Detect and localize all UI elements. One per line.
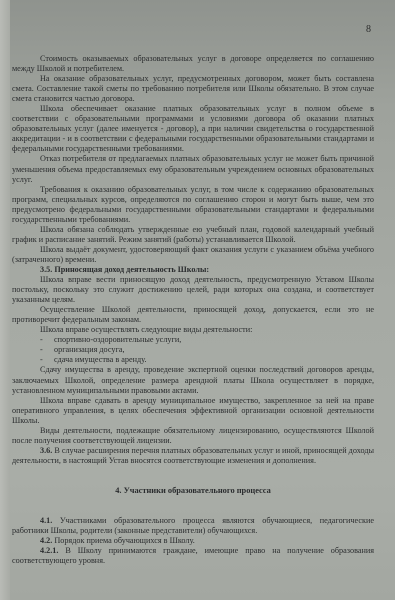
page-number: 8 bbox=[366, 24, 371, 35]
section-3-5-paragraph: Осуществление Школой деятельности, прино… bbox=[12, 305, 374, 325]
paragraph-requirements: Требования к оказанию образовательных ус… bbox=[12, 185, 374, 225]
section-3-5-paragraph: Школа вправе осуществлять следующие виды… bbox=[12, 325, 374, 335]
list-item: - сдача имущества в аренду. bbox=[12, 355, 374, 365]
list-dash: - bbox=[12, 355, 54, 365]
paragraph-cost: Стоимость оказываемых образовательных ус… bbox=[12, 54, 374, 74]
list-dash: - bbox=[12, 345, 54, 355]
document-content: Стоимость оказываемых образовательных ус… bbox=[12, 54, 374, 566]
section-3-5-paragraph: Школа вправе сдавать в аренду муниципаль… bbox=[12, 396, 374, 426]
section-item-number: 4.2.1. bbox=[40, 546, 58, 555]
section-item-number: 4.2. bbox=[40, 536, 52, 545]
section-item-number: 4.1. bbox=[40, 516, 52, 525]
paragraph-document-issue: Школа выдаёт документ, удостоверяющий фа… bbox=[12, 245, 374, 265]
section-4-2-1-paragraph: 4.2.1. В Школу принимаются граждане, име… bbox=[12, 546, 374, 566]
document-page: 8 Стоимость оказываемых образовательных … bbox=[12, 0, 374, 600]
section-3-6-number: 3.6. bbox=[40, 446, 52, 455]
list-item-text: спортивно-оздоровительные услуги, bbox=[54, 335, 374, 345]
section-4-1-paragraph: 4.1. Участниками образовательного процес… bbox=[12, 516, 374, 536]
section-item-text: Порядок приема обучающихся в Школу. bbox=[52, 536, 195, 545]
list-item: - спортивно-оздоровительные услуги, bbox=[12, 335, 374, 345]
paragraph-estimate: На оказание образовательных услуг, преду… bbox=[12, 74, 374, 104]
section-4-2-paragraph: 4.2. Порядок приема обучающихся в Школу. bbox=[12, 536, 374, 546]
list-dash: - bbox=[12, 335, 54, 345]
paragraph-curriculum: Школа обязана соблюдать утвержденные ею … bbox=[12, 225, 374, 245]
page-edge-shadow bbox=[0, 0, 10, 600]
section-4-title: 4. Участники образовательного процесса bbox=[12, 486, 374, 496]
section-3-5-paragraph: Школа вправе вести приносящую доход деят… bbox=[12, 275, 374, 305]
section-3-6-paragraph: 3.6. В случае расширения перечня платных… bbox=[12, 446, 374, 466]
section-3-5-heading: 3.5. Приносящая доход деятельность Школы… bbox=[12, 265, 374, 275]
section-3-5-paragraph: Сдачу имущества в аренду, проведение экс… bbox=[12, 365, 374, 395]
section-item-text: В Школу принимаются граждане, имеющие пр… bbox=[12, 546, 374, 565]
list-item: - организация досуга, bbox=[12, 345, 374, 355]
section-3-5-paragraph: Виды деятельности, подлежащие обязательн… bbox=[12, 426, 374, 446]
section-3-6-text: В случае расширения перечня платных обра… bbox=[12, 446, 374, 465]
paragraph-full-scope: Школа обеспечивает оказание платных обра… bbox=[12, 104, 374, 154]
list-item-text: организация досуга, bbox=[54, 345, 374, 355]
activities-list: - спортивно-оздоровительные услуги, - ор… bbox=[12, 335, 374, 365]
paragraph-refusal: Отказ потребителя от предлагаемых платны… bbox=[12, 154, 374, 184]
section-item-text: Участниками образовательного процесса яв… bbox=[12, 516, 374, 535]
list-item-text: сдача имущества в аренду. bbox=[54, 355, 374, 365]
